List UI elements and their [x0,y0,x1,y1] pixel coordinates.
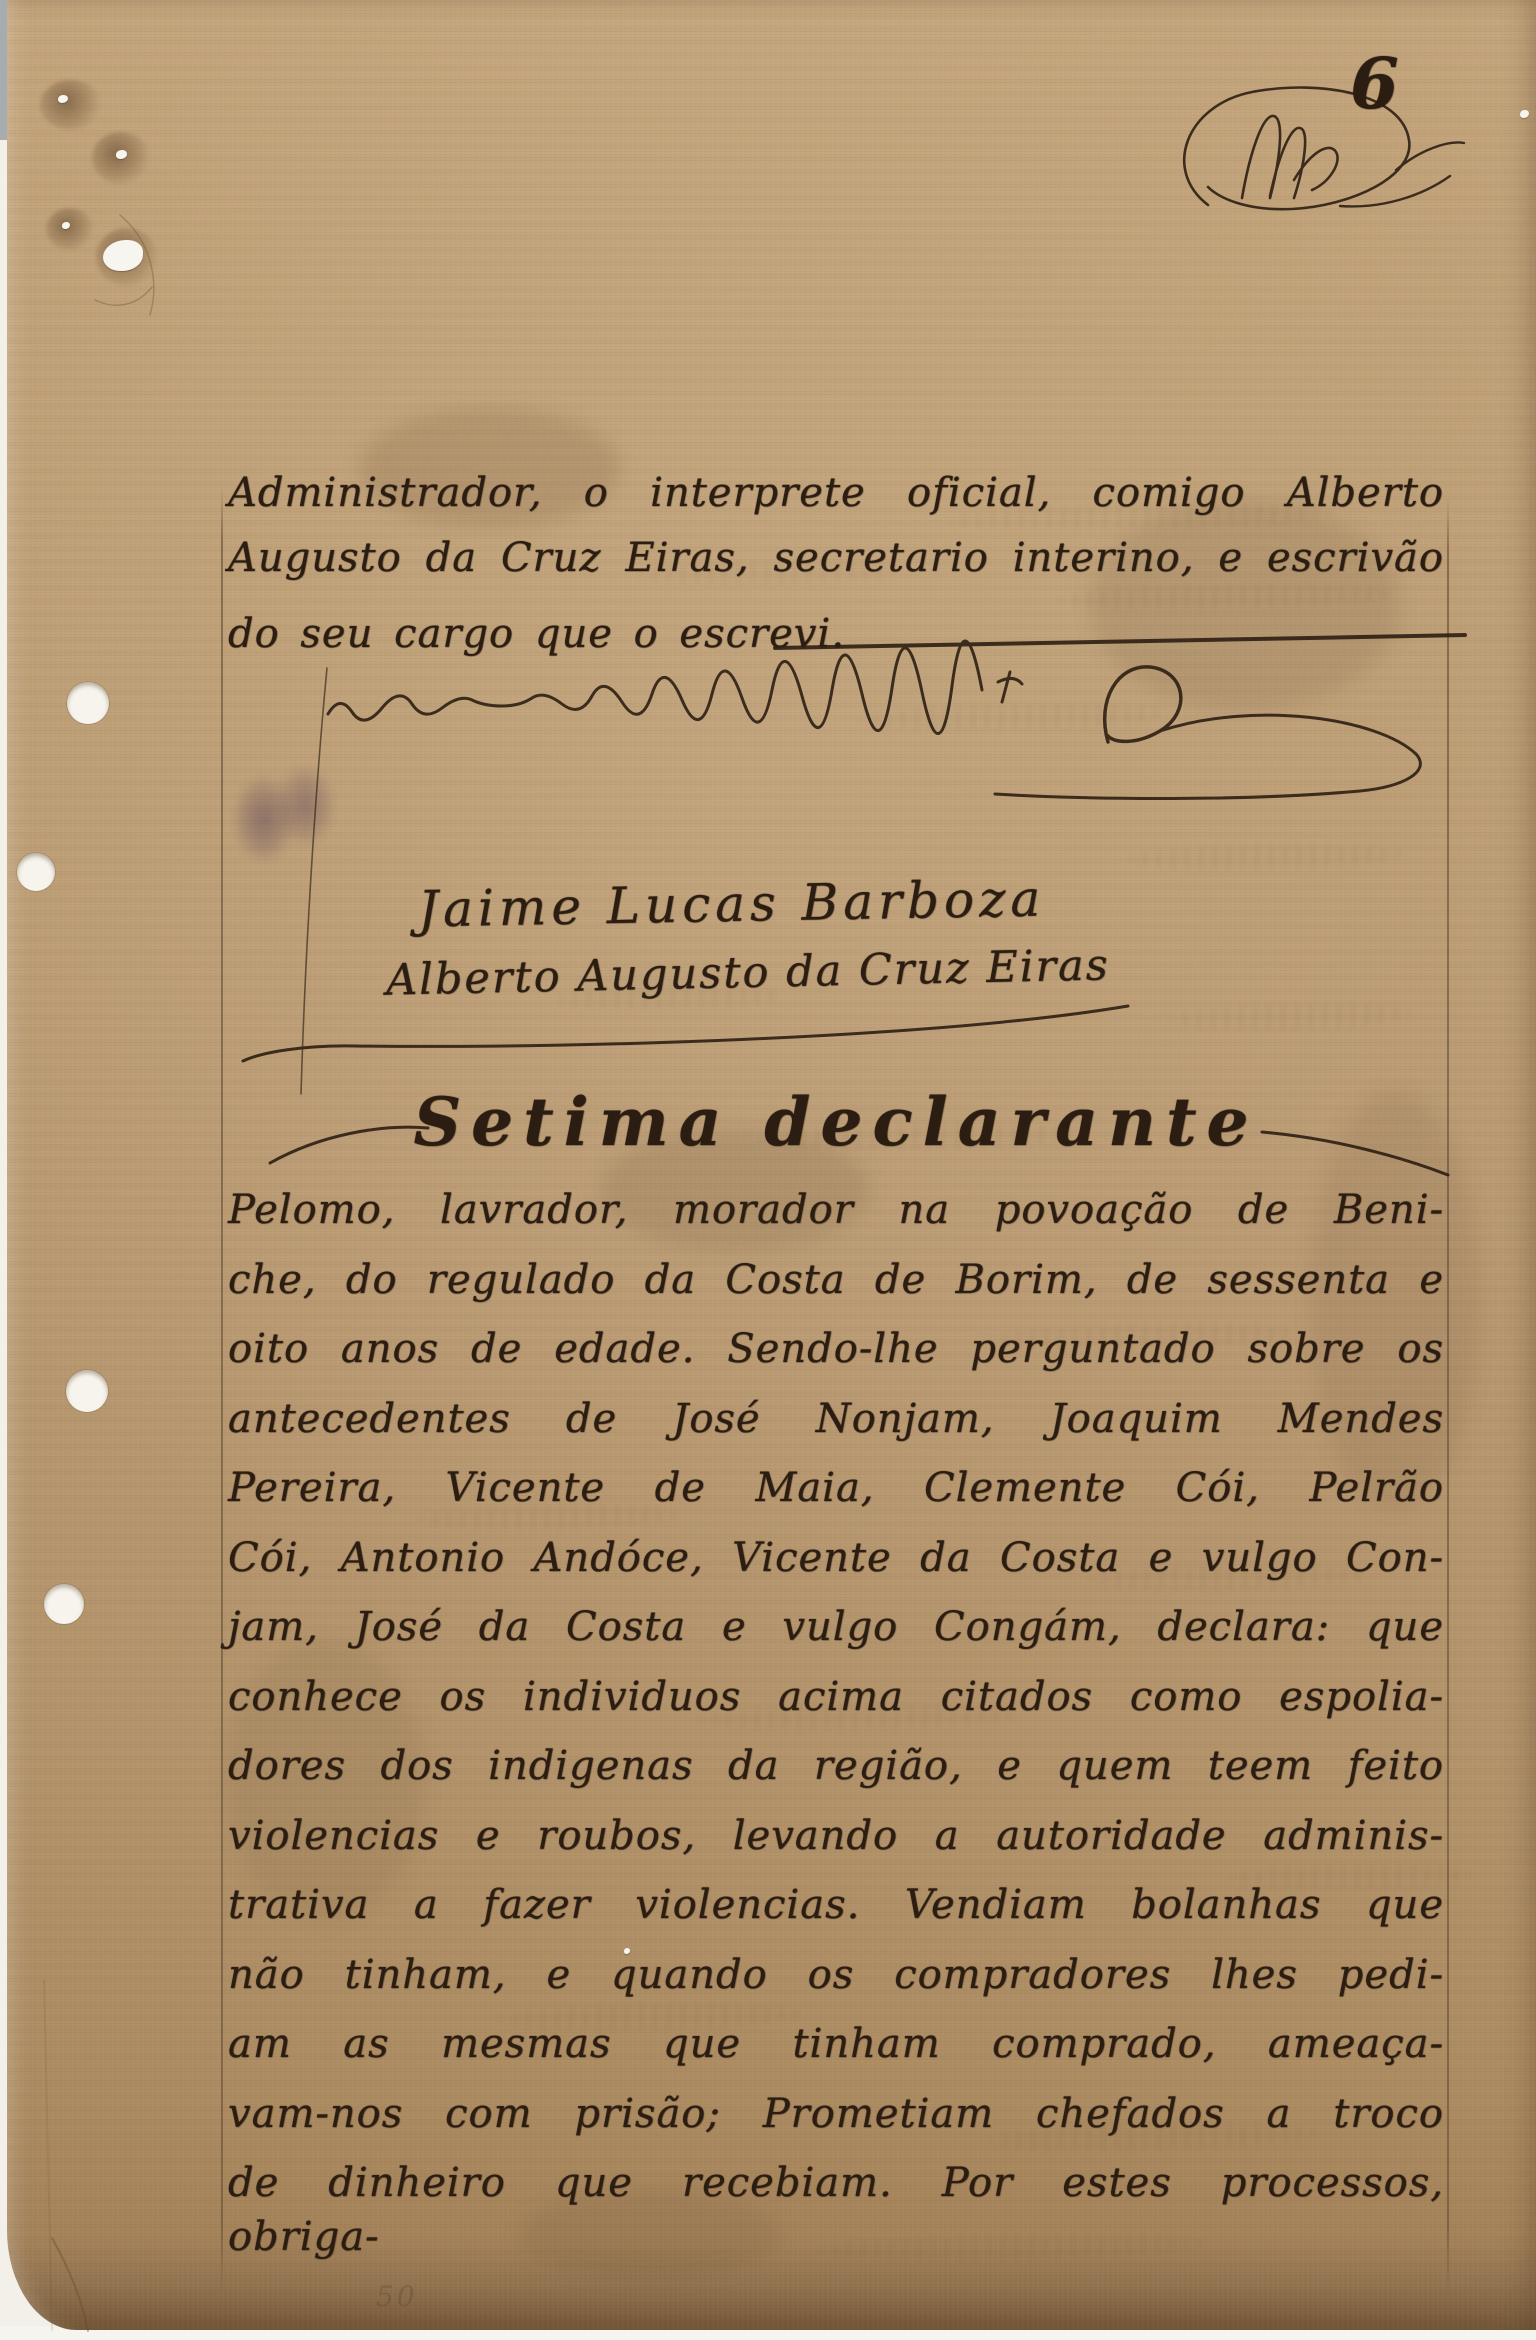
manuscript-line: violencias e roubos, levando a autoridad… [228,1809,1444,1863]
manuscript-line: oito anos de edade. Sendo-lhe perguntado… [228,1322,1444,1376]
page-number: 6 [1350,44,1399,124]
manuscript-line: conhece os individuos acima citados como… [228,1670,1444,1724]
signature-jaime-lucas-barboza: Jaime Lucas Barboza [418,869,1046,940]
manuscript-line: Cói, Antonio Andóce, Vicente da Costa e … [228,1531,1444,1585]
manuscript-line: antecedentes de José Nonjam, Joaquim Men… [228,1392,1444,1446]
manuscript-scan: 6 Administrador, o interprete oficial, c… [0,0,1536,2340]
manuscript-line: Augusto da Cruz Eiras, secretario interi… [228,531,1444,585]
manuscript-line: do seu cargo que o escrevi. [228,607,845,661]
manuscript-line: dores dos indigenas da região, e quem te… [228,1739,1444,1793]
scrawled-signature-t [998,672,1022,702]
manuscript-line: não tinham, e quando os compradores lhes… [228,1948,1444,2002]
manuscript-line: jam, José da Costa e vulgo Congám, decla… [228,1600,1444,1654]
manuscript-line: vam-nos com prisão; Prometiam chefados a… [228,2087,1444,2141]
closing-rule [775,635,1465,648]
scrawled-signature-tail [995,715,1420,798]
manuscript-line: de dinheiro que recebiam. Por estes proc… [228,2156,1444,2264]
manuscript-line: Administrador, o interprete oficial, com… [228,466,1444,520]
notary-rubric-flourish [1184,88,1464,210]
manuscript-line: Pelomo, lavrador, morador na povoação de… [228,1183,1444,1237]
manuscript-line: Pereira, Vicente de Maia, Clemente Cói, … [228,1461,1444,1515]
pen-hairline [301,668,327,1094]
manuscript-line: che, do regulado da Costa de Borim, de s… [228,1253,1444,1307]
manuscript-line: trativa a fazer violencias. Vendiam bola… [228,1878,1444,1932]
signature-underline-flourish [243,1006,1128,1061]
section-heading: Setima declarante [228,1082,1444,1162]
scrawled-signature-loop [1105,667,1181,742]
manuscript-line: am as mesmas que tinham comprado, ameaça… [228,2017,1444,2071]
pencil-note: 50 [376,2280,418,2313]
